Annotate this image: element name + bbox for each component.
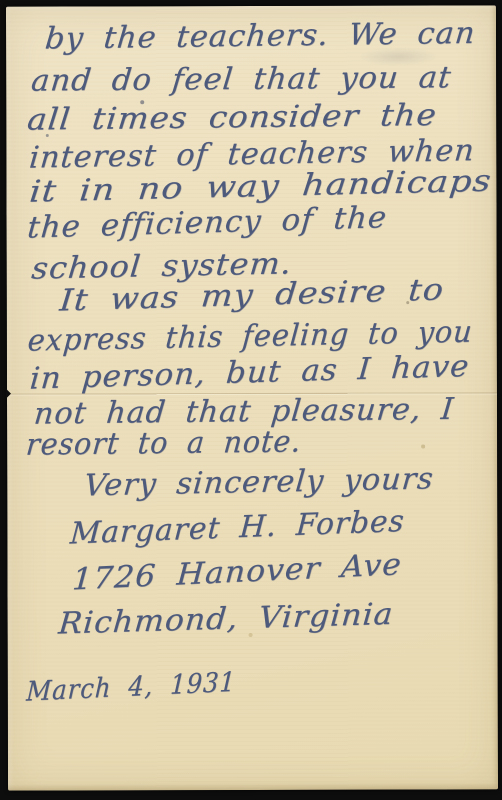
closing-line: Very sincerely yours <box>83 462 435 503</box>
handwritten-line: and do feel that you at <box>30 61 454 98</box>
scan-background: by the teachers. We can and do feel that… <box>0 0 502 800</box>
fold-edge-nick <box>6 389 11 399</box>
handwritten-line: by the teachers. We can <box>43 17 477 57</box>
date-line: March 4, 1931 <box>25 666 236 710</box>
letter-page: by the teachers. We can and do feel that… <box>6 5 498 790</box>
handwritten-line: all times consider the <box>26 99 439 138</box>
paper-specks <box>6 7 8 9</box>
handwritten-line: resort to a note. <box>25 425 303 462</box>
address-line: 1726 Hanover Ave <box>71 548 403 597</box>
address-line: Richmond, Virginia <box>57 598 395 642</box>
signature: Margaret H. Forbes <box>69 505 406 552</box>
